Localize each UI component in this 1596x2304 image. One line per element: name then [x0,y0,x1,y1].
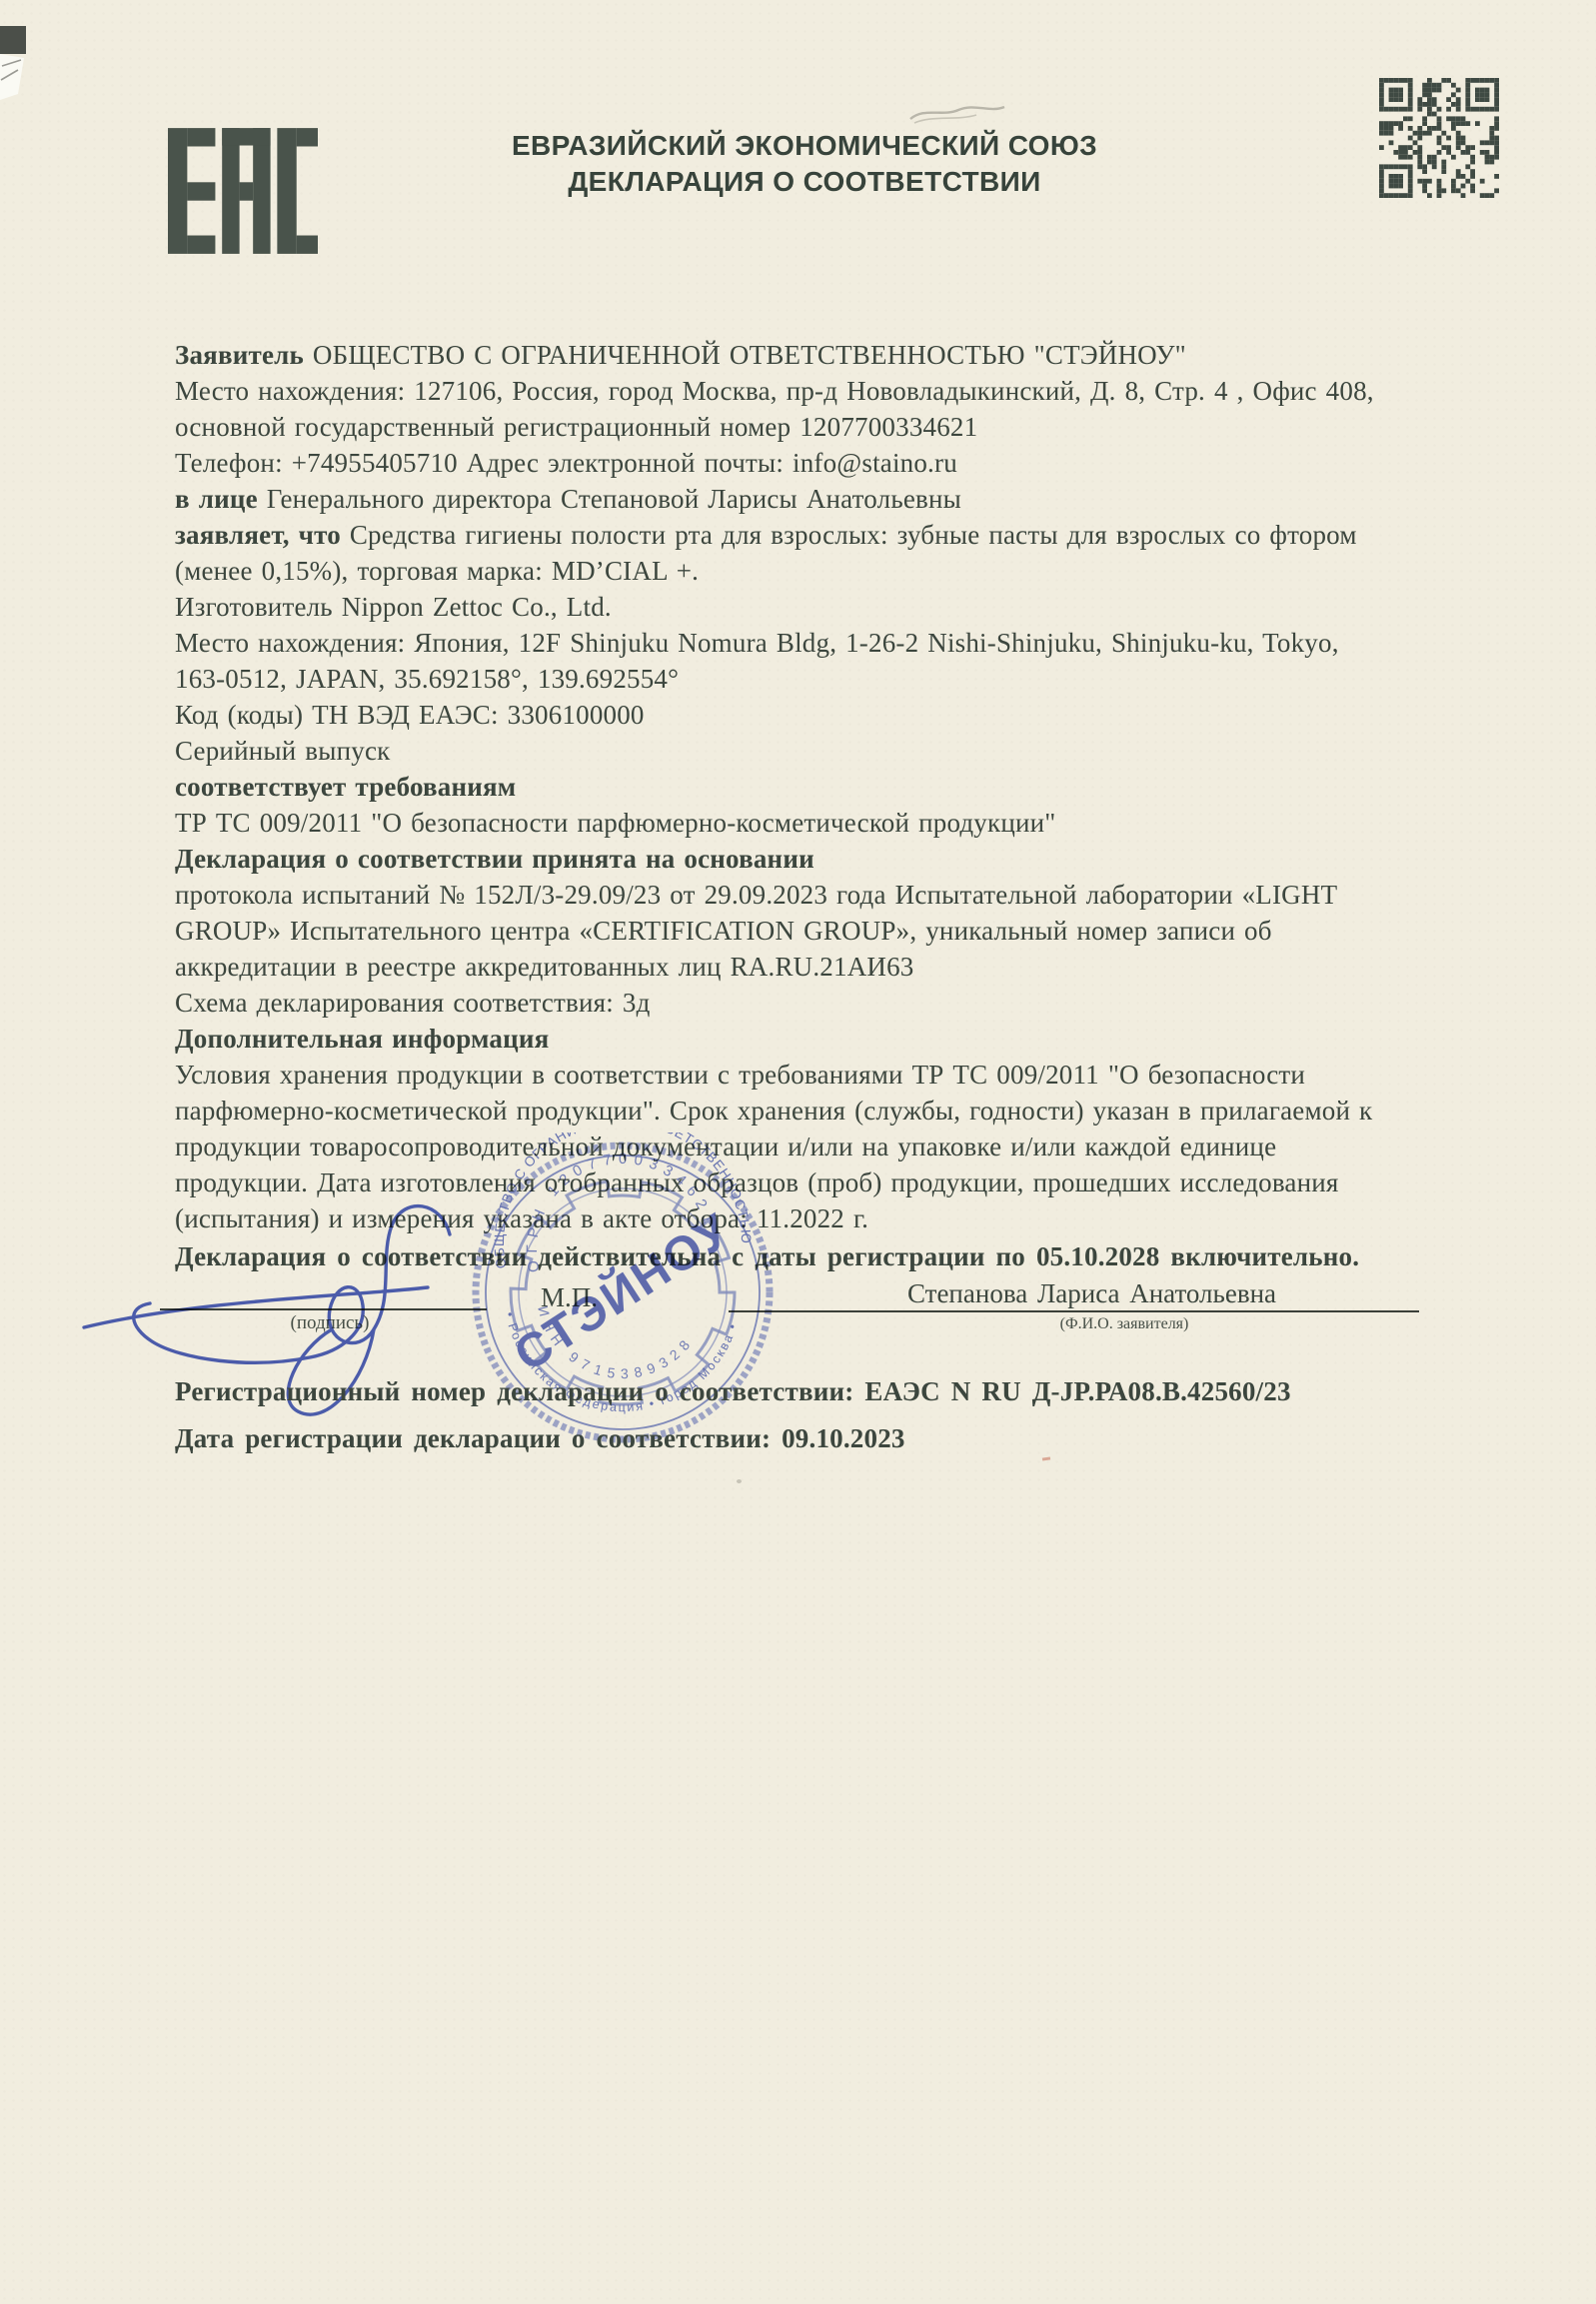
text-segment: Изготовитель Nippon Zettoc Co., Ltd. [175,592,612,622]
document-body: Заявитель ОБЩЕСТВО С ОГРАНИЧЕННОЙ ОТВЕТС… [175,337,1504,1236]
text-segment: Условия хранения продукции в соответстви… [175,1060,1305,1090]
qr-code-icon [1379,78,1499,198]
pencil-smudge-icon [904,95,1014,130]
doc-line: Декларация о соответствии принята на осн… [175,841,1504,877]
text-segment: аккредитации в реестре аккредитованных л… [175,952,914,982]
scan-speck [1042,1456,1050,1460]
doc-line: Место нахождения: 127106, Россия, город … [175,373,1504,409]
text-segment: парфюмерно-косметической продукции". Сро… [175,1096,1372,1126]
text-segment: Код (коды) ТН ВЭД ЕАЭС: 3306100000 [175,700,645,730]
text-segment: Дополнительная информация [175,1024,549,1054]
text-segment: Заявитель [175,340,313,370]
text-segment: соответствует требованиям [175,772,516,802]
doc-line: заявляет, что Средства гигиены полости р… [175,517,1504,553]
corner-paper-artifact [0,54,26,100]
applicant-name: Степанова Лариса Анатольевна [907,1278,1276,1309]
doc-line: Серийный выпуск [175,733,1504,769]
text-segment: GROUP» Испытательного центра «CERTIFICAT… [175,916,1272,946]
doc-line: парфюмерно-косметической продукции". Сро… [175,1093,1504,1129]
doc-line: Место нахождения: Япония, 12F Shinjuku N… [175,625,1504,661]
doc-line: ТР ТС 009/2011 "О безопасности парфюмерн… [175,805,1504,841]
text-segment: Место нахождения: 127106, Россия, город … [175,376,1374,406]
doc-line: GROUP» Испытательного центра «CERTIFICAT… [175,913,1504,949]
doc-line: Код (коды) ТН ВЭД ЕАЭС: 3306100000 [175,697,1504,733]
doc-line: Условия хранения продукции в соответстви… [175,1057,1504,1093]
declaration-document-page: ЕВРАЗИЙСКИЙ ЭКОНОМИЧЕСКИЙ СОЮЗ ДЕКЛАРАЦИ… [0,0,1596,2304]
applicant-name-caption: (Ф.И.О. заявителя) [1029,1315,1219,1333]
signature-ink [60,1179,540,1459]
doc-line: Заявитель ОБЩЕСТВО С ОГРАНИЧЕННОЙ ОТВЕТС… [175,337,1504,373]
doc-line: в лице Генерального директора Степановой… [175,481,1504,517]
scan-speck [737,1479,742,1483]
text-segment: Серийный выпуск [175,736,390,766]
doc-line: соответствует требованиям [175,769,1504,805]
text-segment: основной государственный регистрационный… [175,412,977,442]
doc-line: основной государственный регистрационный… [175,409,1504,445]
title-line-1: ЕВРАЗИЙСКИЙ ЭКОНОМИЧЕСКИЙ СОЮЗ [455,128,1154,164]
text-segment: Генерального директора Степановой Ларисы… [267,484,961,514]
doc-line: аккредитации в реестре аккредитованных л… [175,949,1504,985]
doc-line: Телефон: +74955405710 Адрес электронной … [175,445,1504,481]
text-segment: заявляет, что [175,520,350,550]
registration-number-line: Регистрационный номер декларации о соотв… [175,1374,1291,1408]
doc-line: (менее 0,15%), торговая марка: MD’CIAL +… [175,553,1504,589]
eac-logo [168,125,318,257]
text-segment: ОБЩЕСТВО С ОГРАНИЧЕННОЙ ОТВЕТСТВЕННОСТЬЮ… [313,340,1186,370]
text-segment: Место нахождения: Япония, 12F Shinjuku N… [175,628,1339,658]
name-rule [729,1310,1419,1312]
text-segment: Средства гигиены полости рта для взрослы… [350,520,1357,550]
doc-line: продукции товаросопроводительной докумен… [175,1129,1504,1164]
text-segment: в лице [175,484,267,514]
doc-line: протокола испытаний № 152Л/3-29.09/23 от… [175,877,1504,913]
doc-line: Схема декларирования соответствия: 3д [175,985,1504,1021]
document-title: ЕВРАЗИЙСКИЙ ЭКОНОМИЧЕСКИЙ СОЮЗ ДЕКЛАРАЦИ… [455,128,1154,200]
text-segment: ТР ТС 009/2011 "О безопасности парфюмерн… [175,808,1056,838]
text-segment: Схема декларирования соответствия: 3д [175,988,651,1018]
text-segment: протокола испытаний № 152Л/3-29.09/23 от… [175,880,1337,910]
text-segment: 163-0512, JAPAN, 35.692158°, 139.692554° [175,664,679,694]
doc-line: Изготовитель Nippon Zettoc Co., Ltd. [175,589,1504,625]
corner-scan-artifact [0,26,26,54]
doc-line: Дополнительная информация [175,1021,1504,1057]
text-segment: (менее 0,15%), торговая марка: MD’CIAL +… [175,556,699,586]
text-segment: Декларация о соответствии принята на осн… [175,844,814,874]
registration-date-line: Дата регистрации декларации о соответств… [175,1421,905,1455]
doc-line: 163-0512, JAPAN, 35.692158°, 139.692554° [175,661,1504,697]
text-segment: Телефон: +74955405710 Адрес электронной … [175,448,957,478]
title-line-2: ДЕКЛАРАЦИЯ О СООТВЕТСТВИИ [455,164,1154,200]
